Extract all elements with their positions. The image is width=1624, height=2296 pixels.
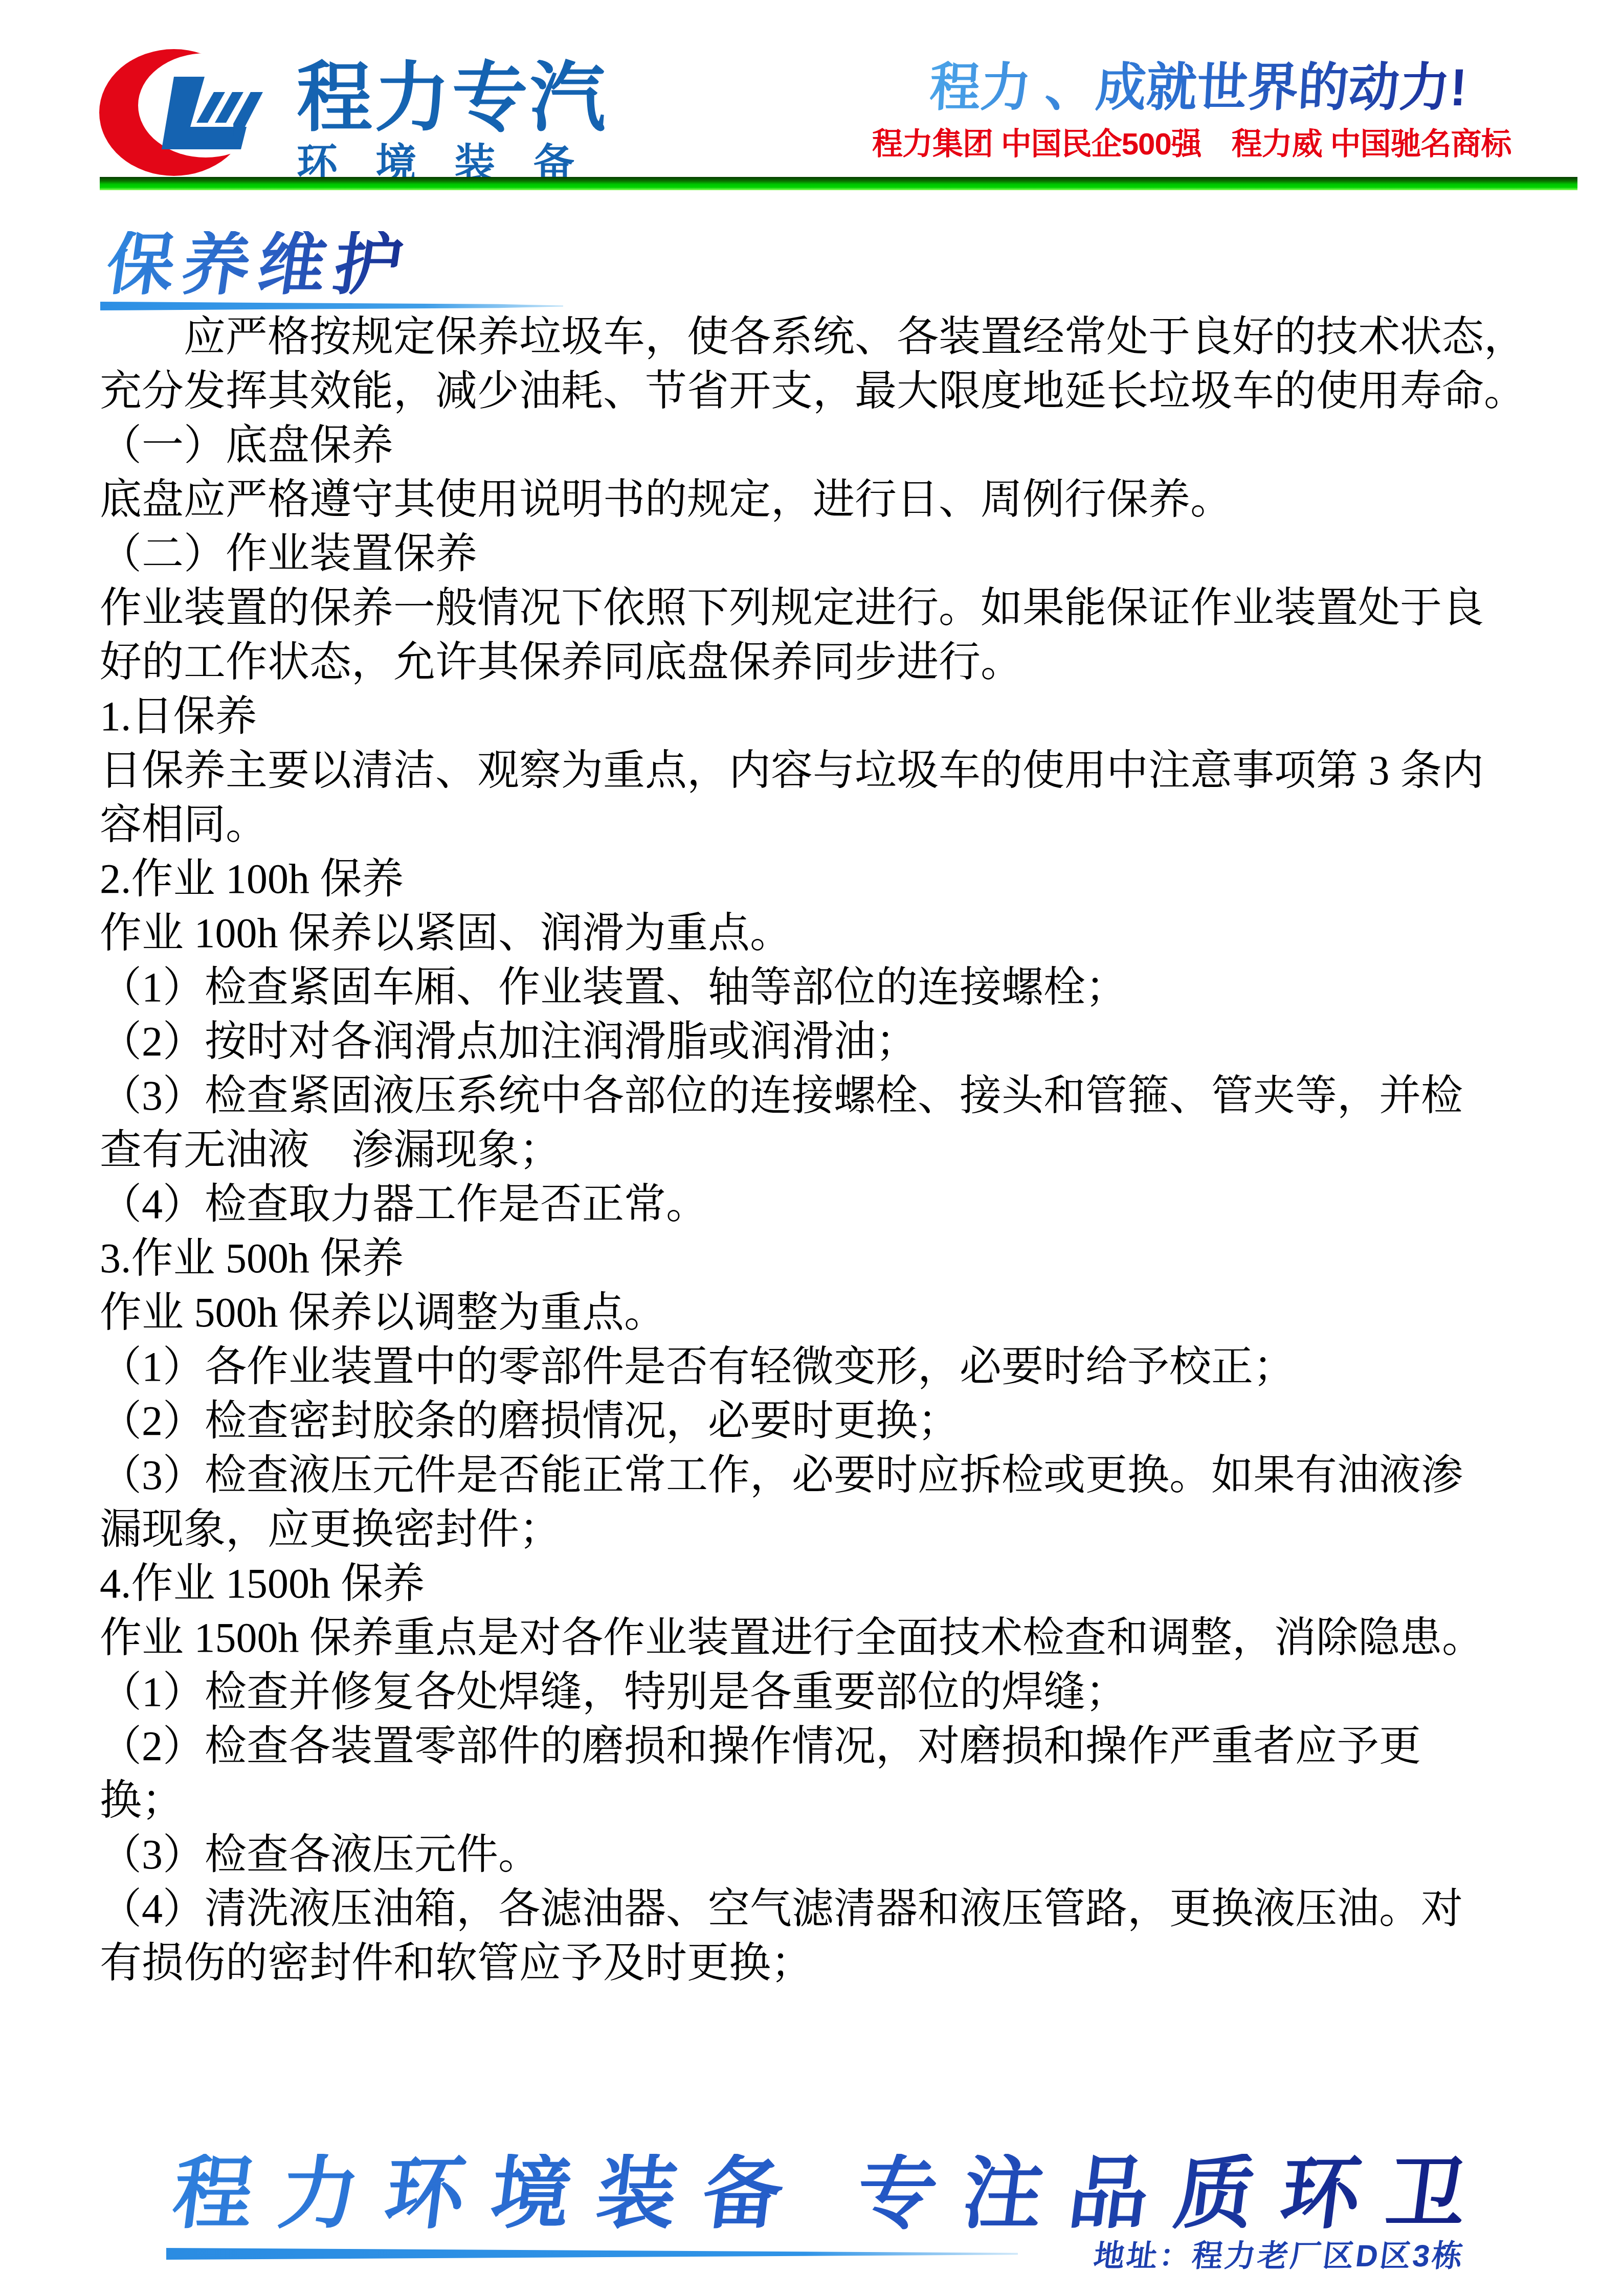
- body-line: 换；: [100, 1773, 1537, 1828]
- body-line: 作业 100h 保养以紧固、润滑为重点。: [100, 906, 1537, 960]
- document-page: 程力专汽 环 境 装 备 程力 、成就世界的动力! 程力集团 中国民企500强 …: [0, 0, 1624, 2296]
- body-line: （2）按时对各润滑点加注润滑脂或润滑油；: [100, 1015, 1537, 1069]
- title-underline-swoosh: [100, 302, 563, 310]
- body-line: 充分发挥其效能，减少油耗、节省开支，最大限度地延长垃圾车的使用寿命。: [100, 364, 1537, 418]
- body-line: （4）清洗液压油箱，各滤油器、空气滤清器和液压管路，更换液压油。对: [100, 1882, 1537, 1936]
- body-line: （二）作业装置保养: [100, 527, 1537, 581]
- body-line: 3.作业 500h 保养: [100, 1231, 1537, 1286]
- body-line: （3）检查液压元件是否能正常工作，必要时应拆检或更换。如果有油液渗: [100, 1448, 1537, 1502]
- section-title: 保养维护: [102, 231, 415, 299]
- body-line: 作业装置的保养一般情况下依照下列规定进行。如果能保证作业装置处于良: [100, 581, 1537, 635]
- body-line: 底盘应严格遵守其使用说明书的规定，进行日、周例行保养。: [100, 472, 1537, 527]
- footer-swoosh: [166, 2248, 1018, 2260]
- body-line: 漏现象，应更换密封件；: [100, 1502, 1537, 1557]
- body-line: （一）底盘保养: [100, 418, 1537, 472]
- header-slogan: 程力 、成就世界的动力!: [928, 60, 1468, 115]
- body-line: 4.作业 1500h 保养: [100, 1557, 1537, 1611]
- body-line: 作业 500h 保养以调整为重点。: [100, 1286, 1537, 1340]
- body-line: 容相同。: [100, 798, 1537, 852]
- body-text: 应严格按规定保养垃圾车，使各系统、各装置经常处于良好的技术状态，充分发挥其效能，…: [100, 310, 1537, 1990]
- brand-block: 程力专汽 环 境 装 备: [297, 60, 616, 184]
- body-line: （1）检查紧固车厢、作业装置、轴等部位的连接螺栓；: [100, 960, 1537, 1015]
- header-credentials: 程力集团 中国民企500强 程力威 中国驰名商标: [872, 128, 1511, 160]
- body-line: 好的工作状态，允许其保养同底盘保养同步进行。: [100, 635, 1537, 689]
- body-line: 日保养主要以清洁、观察为重点，内容与垃圾车的使用中注意事项第 3 条内: [100, 744, 1537, 798]
- body-line: （1）检查并修复各处焊缝，特别是各重要部位的焊缝；: [100, 1665, 1537, 1719]
- body-line: 2.作业 100h 保养: [100, 852, 1537, 906]
- body-line: 作业 1500h 保养重点是对各作业装置进行全面技术检查和调整，消除隐患。: [100, 1611, 1537, 1665]
- brand-name: 程力专汽: [297, 60, 616, 136]
- body-line: 1.日保养: [100, 689, 1537, 744]
- body-line: 有损伤的密封件和软管应予及时更换；: [100, 1936, 1537, 1990]
- body-line: （4）检查取力器工作是否正常。: [100, 1177, 1537, 1231]
- chengli-logo-icon: [97, 47, 267, 179]
- body-line: （2）检查密封胶条的磨损情况，必要时更换；: [100, 1394, 1537, 1448]
- header-divider-bar: [100, 177, 1577, 190]
- body-line: （2）检查各装置零部件的磨损和操作情况，对磨损和操作严重者应予更: [100, 1719, 1537, 1773]
- body-line: （1）各作业装置中的零部件是否有轻微变形，必要时给予校正；: [100, 1340, 1537, 1394]
- footer-slogan: 程力环境装备 专注品质环卫: [169, 2154, 1498, 2233]
- body-line: 应严格按规定保养垃圾车，使各系统、各装置经常处于良好的技术状态，: [100, 310, 1537, 364]
- footer-address: 地址：程力老厂区D区3栋: [1092, 2241, 1466, 2271]
- body-line: 查有无油液 渗漏现象；: [100, 1123, 1537, 1177]
- body-line: （3）检查各液压元件。: [100, 1828, 1537, 1882]
- body-line: （3）检查紧固液压系统中各部位的连接螺栓、接头和管箍、管夹等，并检: [100, 1069, 1537, 1123]
